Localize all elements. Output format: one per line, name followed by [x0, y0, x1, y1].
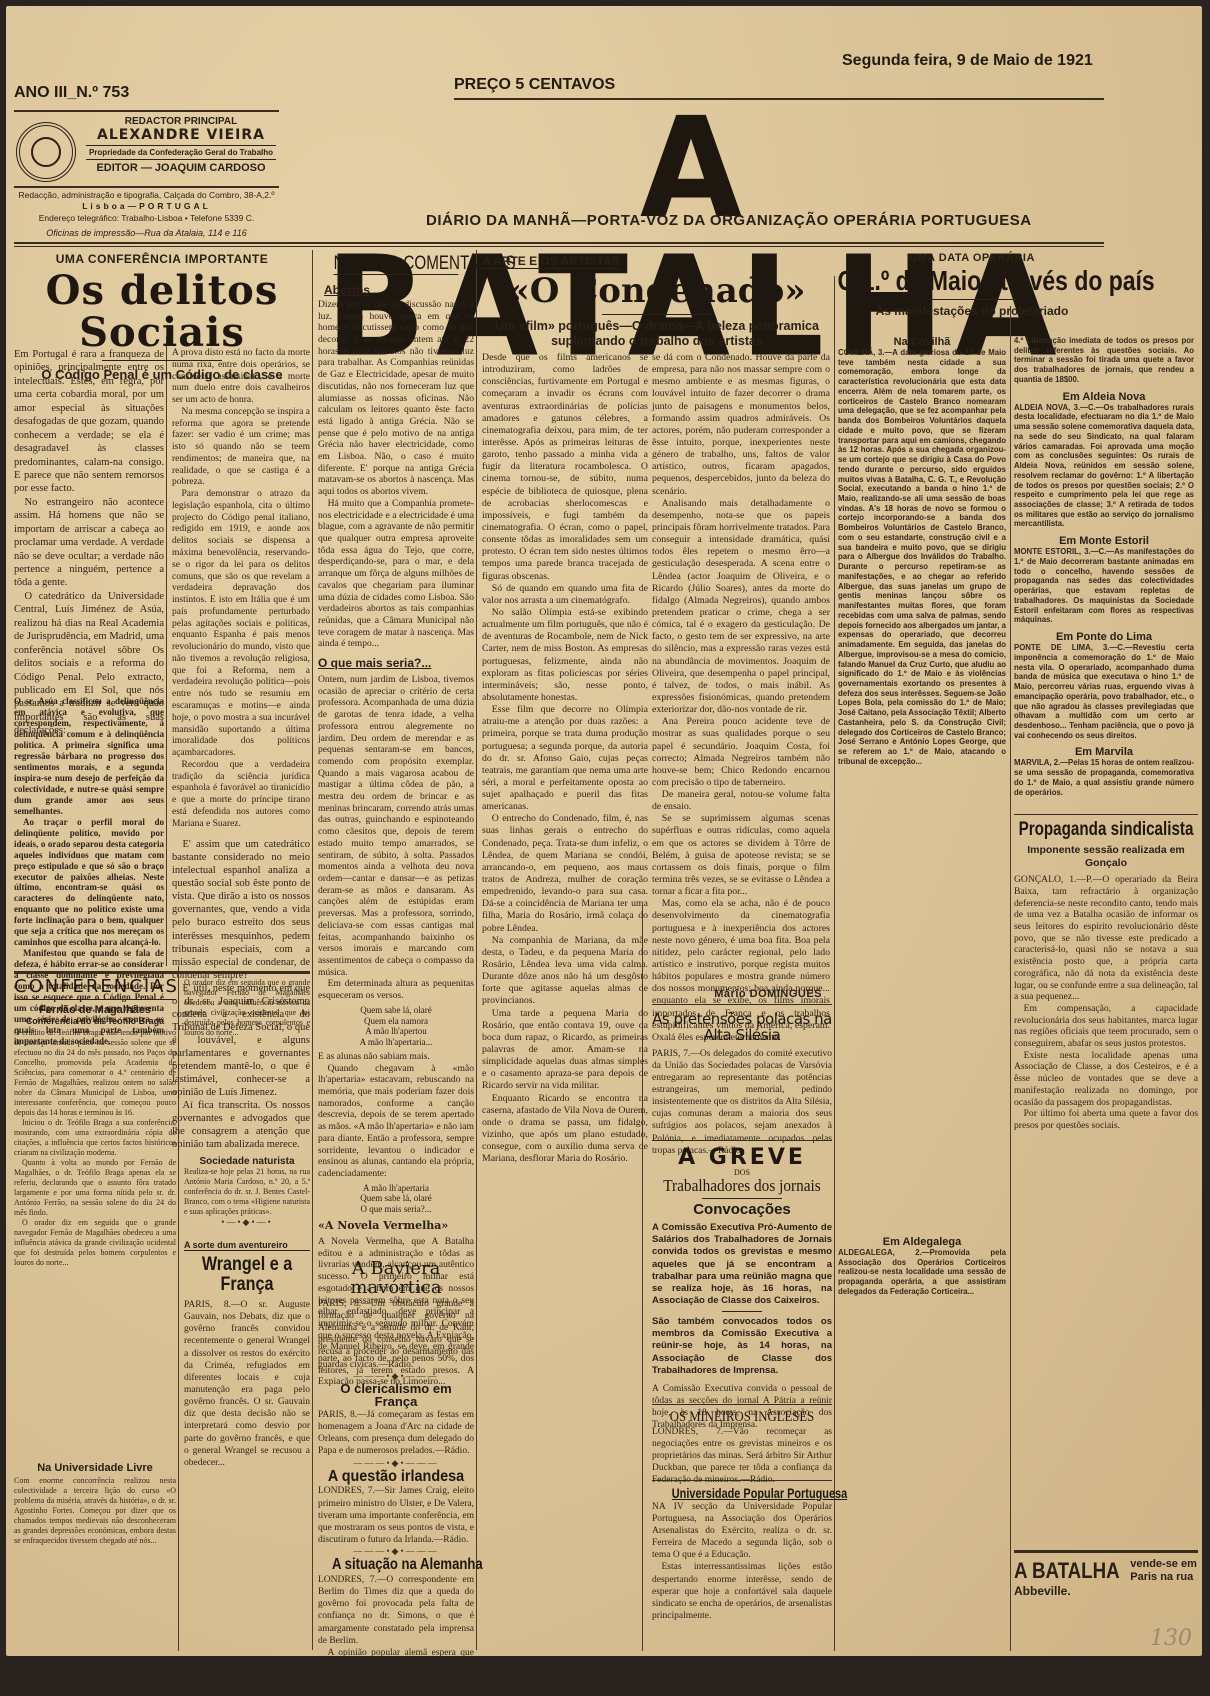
- paragraph: Dizem por aí que da discussão nasce a lu…: [318, 299, 474, 498]
- section-title: Em Aldeia Nova: [1014, 391, 1194, 403]
- body: NA IV secção da Universidade Popular Por…: [652, 1501, 832, 1623]
- verse-line: O que mais seria?...: [318, 1204, 474, 1215]
- divider: [652, 1140, 832, 1141]
- column-rule: [1010, 306, 1011, 1651]
- body: Ontem, num jardim de Lisboa, tivemos oca…: [318, 674, 474, 1002]
- paragraph: Só de quando em quando uma fita de valor…: [482, 583, 648, 607]
- headline: Sociedade naturista: [184, 1156, 310, 1167]
- headline: O clericalismo em França: [318, 1382, 474, 1409]
- subhead: Convocações: [652, 1202, 832, 1218]
- print-office-line: Oficinas de impressão—Rua da Atalaia, 11…: [14, 227, 279, 239]
- paragraph: O orador diz em seguida que o grande nav…: [14, 1218, 176, 1268]
- lead: Conferência do dr. Teófilo Braga: [14, 1016, 176, 1026]
- body: E as alunas não sabiam mais. Quando cheg…: [318, 1051, 474, 1180]
- article-universidade-livre: Na Universidade Livre Com enorme concorr…: [14, 1462, 176, 1546]
- divider: [14, 186, 279, 188]
- verse-line: A mão lh'apertaria: [318, 1183, 474, 1194]
- redactor-label: REDACTOR PRINCIPAL: [86, 116, 276, 127]
- body: Dizem por aí que da discussão nasce a lu…: [318, 299, 474, 650]
- paragraph: A opinião popular alemã espera que haver…: [318, 1647, 474, 1660]
- section-body: COVILHÃ, 3.—A data gloriosa do 1.º de Ma…: [838, 348, 1006, 767]
- divider: [652, 1404, 832, 1405]
- column-rule: [476, 250, 477, 1650]
- section-body: 4.º Libertação imediata de todos os pres…: [1014, 336, 1194, 385]
- body: LONDRES, 7.—Vão recomeçar as negociações…: [652, 1426, 832, 1487]
- article-baviera: A Baviera mavórtica PARIS, 8.—Um obstácu…: [318, 1260, 474, 1382]
- paragraph: Se se suprimissem algumas scenas supérfl…: [652, 813, 830, 898]
- section-body: ALDEGALEGA, 2.—Promovida pela Associação…: [838, 1248, 1006, 1297]
- headline: OS MINEIROS INGLESES: [666, 1410, 819, 1426]
- article-clericalismo: O clericalismo em França PARIS, 8.—Já co…: [318, 1382, 474, 1469]
- body: GONÇALO, 1.—P.—O operariado da Beira Bai…: [1014, 874, 1198, 1131]
- subhead: Fernão de Magalhães: [14, 1004, 176, 1016]
- subhead: «A Novela Vermelha»: [318, 1219, 474, 1232]
- staff-box: REDACTOR PRINCIPAL ALEXANDRE VIEIRA Prop…: [86, 116, 276, 174]
- paragraph: Na mesma concepção se inspira a reforma …: [172, 407, 310, 489]
- headline: A GREVE: [652, 1146, 832, 1169]
- maio-aldegalega: Em Aldegalega ALDEGALEGA, 2.—Promovida p…: [838, 1236, 1006, 1297]
- section-title: Na Covilhã: [838, 336, 1006, 348]
- verse-line: Quem sabe lá, olaré: [318, 1005, 474, 1016]
- newspaper-subtitle: DIÁRIO DA MANHÃ—PORTA-VOZ DA ORGANIZAÇÃO…: [426, 212, 1032, 229]
- paragraph: Recordou que a verdadeira tradição da sc…: [172, 760, 310, 831]
- headline: O 1.º de Maio através do país: [838, 266, 1107, 295]
- price: PREÇO 5 CENTAVOS: [454, 76, 615, 94]
- column-rule: [312, 250, 313, 1650]
- section-rule: [14, 971, 310, 974]
- paragraph: O orador diz em seguida que o grande nav…: [184, 978, 310, 1038]
- editor-line: EDITOR — JOAQUIM CARDOSO: [86, 162, 276, 174]
- double-rule: [1014, 1550, 1198, 1553]
- section-title: Em Ponte do Lima: [1014, 631, 1194, 643]
- paragraph: Ao traçar o perfil moral do delinqüente …: [14, 817, 164, 949]
- address-city: Lisboa—PORTUGAL: [14, 201, 279, 212]
- verse-line: A mão lh'apertaria...: [318, 1037, 474, 1048]
- property-line: Propriedade da Confederação Geral do Tra…: [86, 148, 276, 157]
- paragraph: Ontem, num jardim de Lisboa, tivemos oca…: [318, 674, 474, 978]
- divider: [652, 1480, 832, 1481]
- paragraph: Analisando mais detalhadamente o desempe…: [652, 498, 830, 717]
- headline: Os delitos Sociais: [14, 270, 310, 354]
- condenado-col2: se dá com o Condenado. Houve da parte da…: [652, 352, 830, 1044]
- paragraph: O erudito dr. Teófilo Braga, não tendo p…: [14, 1028, 176, 1118]
- paragraph: GONÇALO, 1.—P.—O operariado da Beira Bai…: [1014, 874, 1198, 1003]
- verse-line: Quem sabe lá, olaré: [318, 1193, 474, 1204]
- paragraph: Em Portugal é rara a franqueza de opiniõ…: [14, 348, 164, 496]
- article-notas-comentarios: NOTAS & COMENTARIOS Abortos Dizem por aí…: [318, 254, 474, 1388]
- section-title: Em Monte Estoril: [1014, 535, 1194, 547]
- paragraph: O entrecho do Condenado, film, é, nas su…: [482, 813, 648, 934]
- paragraph: Quando chegavam à «mão lh'apertaria» est…: [318, 1063, 474, 1180]
- section-header: NOTAS & COMENTARIOS: [334, 254, 459, 275]
- issue-number: ANO III_N.º 753: [14, 84, 129, 102]
- paragraph: São também convocados todos os membros d…: [652, 1316, 832, 1377]
- issue-date: Segunda feira, 9 de Maio de 1921: [842, 52, 1093, 70]
- headline: As pretensões polacas na Alta Silésia: [652, 1012, 832, 1044]
- paragraph: A Comissão Executiva Pró-Aumento de Salá…: [652, 1222, 832, 1307]
- paragraph: Estas interressantissimas lições estão d…: [652, 1561, 832, 1622]
- paragraph: A prova disto está no facto da morte num…: [172, 348, 310, 407]
- paragraph: No salão Olímpia está-se exibindo actual…: [482, 607, 648, 704]
- divider: [652, 1004, 832, 1005]
- masthead-bottom-rule: [14, 242, 1104, 244]
- paragraph: No estrangeiro não acontece assim. Há ho…: [14, 496, 164, 590]
- paragraph: LONDRES, 7.—O correspondente em Berlim d…: [318, 1574, 474, 1647]
- union-seal-icon: [16, 122, 76, 182]
- body: PARIS, 8.—Já começaram as festas em home…: [318, 1409, 474, 1458]
- section-body: MARVILA, 2.—Pelas 15 horas de ontem real…: [1014, 758, 1194, 797]
- kicker: UMA CONFERÊNCIA IMPORTANTE: [14, 252, 310, 266]
- article-conferencias: CONFERENCIAS Fernão de Magalhães Conferê…: [14, 978, 176, 1268]
- column-rule: [834, 276, 835, 1651]
- delitos-col1: Em Portugal é rara a franqueza de opiniõ…: [14, 348, 164, 738]
- headline: A situação na Alemanha: [332, 1557, 460, 1574]
- paragraph: Existe nesta localidade apenas uma Assoc…: [1014, 1050, 1198, 1109]
- paragraph: O sr. Asúa classificou a delinqüência em…: [14, 696, 164, 817]
- body: Com enorme concorrência realizou nesta c…: [14, 1476, 176, 1546]
- paragraph: Desde que os films americanos se introdu…: [482, 352, 648, 583]
- deck: Um «film» português—O drama—A beleza pan…: [482, 319, 832, 350]
- redactor-name: ALEXANDRE VIEIRA: [86, 127, 276, 143]
- paragraph: E as alunas não sabiam mais.: [318, 1051, 474, 1063]
- maio-col1: Na Covilhã COVILHÃ, 3.—A data gloriosa d…: [838, 336, 1006, 767]
- headline: Propaganda sindicalista: [1016, 820, 1195, 840]
- article-naturista: Sociedade naturista Realiza-se hoje pela…: [184, 1156, 310, 1228]
- ornament: •—•◆•—•: [184, 1217, 310, 1228]
- paragraph: se dá com o Condenado. Houve da parte da…: [652, 352, 830, 498]
- byline: Mário DOMINGUES: [652, 988, 822, 1000]
- article-universidade-popular: Universidade Popular Portuguesa NA IV se…: [652, 1486, 832, 1622]
- article-propaganda-sindicalista: Propaganda sindicalista Imponente sessão…: [1014, 820, 1198, 1132]
- notice-text: vende-se em Paris na rua: [1130, 1558, 1198, 1583]
- article-irlandesa: A questão irlandesa LONDRES, 7.—Sir Jame…: [318, 1469, 474, 1558]
- divider: [14, 110, 279, 112]
- body: PARIS, 8.—Um obstáculo grande à formação…: [318, 1298, 474, 1371]
- conferencias-continued: O orador diz em seguida que o grande nav…: [184, 978, 310, 1038]
- handwritten-page-number: 130: [1150, 1626, 1192, 1651]
- article-silesia: As pretensões polacas na Alta Silésia PA…: [652, 1012, 832, 1157]
- headline: Trabalhadores dos jornais: [661, 1177, 823, 1195]
- notice-street: Abbeville.: [1014, 1584, 1198, 1598]
- paragraph: Quanto à volta ao mundo por Fernão de Ma…: [14, 1158, 176, 1218]
- article-o-condenado: A ARTE E OS ARTISTAS «O Condenado» Um «f…: [482, 252, 832, 350]
- subhead: O que mais seria?...: [318, 656, 474, 670]
- paragraph: Para demonstrar o atrazo da legislação e…: [172, 489, 310, 760]
- short-news-column: A Baviera mavórtica PARIS, 8.—Um obstácu…: [318, 1260, 474, 1660]
- section-body: MONTE ESTORIL, 3.—C.—As manifestações do…: [1014, 547, 1194, 625]
- section-title: Em Aldegalega: [838, 1236, 1006, 1248]
- subhead: Abortos: [324, 283, 474, 297]
- section-header: CONFERENCIAS: [14, 978, 176, 1000]
- section-title: Em Marvila: [1014, 746, 1194, 758]
- maio-col2: 4.º Libertação imediata de todos os pres…: [1014, 336, 1194, 797]
- paragraph: Iniciou o dr. Teófilo Braga a sua confer…: [14, 1118, 176, 1158]
- headline: Wrangel e a França: [193, 1255, 300, 1295]
- paragraph: Ana Pereira pouco acidente teve de mostr…: [652, 716, 830, 789]
- condenado-col1: Desde que os films americanos se introdu…: [482, 352, 648, 1165]
- paris-sales-notice: A BATALHA vende-se em Paris na rua Abbev…: [1014, 1558, 1198, 1598]
- address-line: Redacção, administração e tipografia, Ca…: [14, 190, 279, 201]
- verse-line: Quem ela namora: [318, 1016, 474, 1027]
- body: LONDRES, 7.—O correspondente em Berlim d…: [318, 1574, 474, 1660]
- divider: [1014, 814, 1198, 815]
- masthead-bottom-rule: [14, 246, 1104, 247]
- verse: Quem sabe lá, olaré Quem ela namora A mã…: [318, 1005, 474, 1048]
- address-block: Redacção, administração e tipografia, Ca…: [14, 190, 279, 240]
- paragraph: Em compensação, a capacidade revolucioná…: [1014, 1003, 1198, 1050]
- section-body: ALDEIA NOVA, 3.—C.—Os trabalhadores rura…: [1014, 403, 1194, 530]
- body: Realiza-se hoje pelas 21 horas, na rua A…: [184, 1167, 310, 1217]
- article-mineiros: OS MINEIROS INGLESES LONDRES, 7.—Vão rec…: [652, 1410, 832, 1487]
- headline: A questão irlandesa: [326, 1469, 466, 1486]
- section-body: PONTE DE LIMA, 3.—C.—Revestiu certa impo…: [1014, 643, 1194, 740]
- subhead: Na Universidade Livre: [14, 1462, 176, 1474]
- headline: «O Condenado»: [482, 274, 832, 310]
- body: LONDRES, 7.—Sir James Craig, eleito prim…: [318, 1485, 474, 1546]
- paragraph: E' assim que um catedrático bastante con…: [172, 838, 310, 981]
- headline: Universidade Popular Portuguesa: [672, 1486, 812, 1501]
- paragraph: Na companhia de Mariana, da mãe desta, o…: [482, 935, 648, 1008]
- paragraph: Esse film que decorre no Olímpia atraiu-…: [482, 704, 648, 813]
- paragraph: Uma tarde a pequena Maria do Rosário, qu…: [482, 1008, 648, 1093]
- article-greve: A GREVE DOS Trabalhadores dos jornais Co…: [652, 1146, 832, 1432]
- kicker: A ARTE E OS ARTISTAS: [482, 254, 620, 269]
- paragraph: Por último foi aberta uma quete a favor …: [1014, 1108, 1198, 1131]
- deck: Imponente sessão realizada em Gonçalo: [1014, 844, 1198, 870]
- paragraph: Em determinada altura as pequenitas esqu…: [318, 978, 474, 1001]
- paragraph: Aí fica transcrita. Os nossos governante…: [172, 1099, 310, 1151]
- body: PARIS, 8.—O sr. Auguste Gauvain, nos Deb…: [184, 1299, 310, 1469]
- article-primeiro-de-maio: UMA DATA OPERÁRIA O 1.º de Maio através …: [838, 252, 1106, 319]
- article-wrangel: A sorte dum aventureiro Wrangel e a Fran…: [184, 1240, 310, 1469]
- paragraph: De maneira geral, notou-se volume falta …: [652, 789, 830, 813]
- paragraph: NA IV secção da Universidade Popular Por…: [652, 1501, 832, 1562]
- column-rule: [166, 336, 167, 966]
- brand-name: A BATALHA: [1014, 1558, 1120, 1584]
- deck: As manifestações do proletariado: [838, 304, 1106, 319]
- telegraph-line: Endereço telegráfico: Trabalho-Lisboa • …: [14, 213, 279, 224]
- verse: A mão lh'apertaria Quem sabe lá, olaré O…: [318, 1183, 474, 1215]
- article-alemanha: A situação na Alemanha LONDRES, 7.—O cor…: [318, 1557, 474, 1660]
- kicker: A sorte dum aventureiro: [184, 1240, 310, 1251]
- body: O erudito dr. Teófilo Braga, não tendo p…: [14, 1028, 176, 1268]
- paragraph: Enquanto Ricardo se encontra na caserna,…: [482, 1093, 648, 1166]
- newspaper-page: ANO III_N.º 753 PREÇO 5 CENTAVOS Segunda…: [6, 6, 1202, 1656]
- kicker: UMA DATA OPERÁRIA: [838, 252, 1106, 264]
- verse-line: A mão lh'apertou: [318, 1026, 474, 1037]
- headline: A Baviera mavórtica: [318, 1260, 474, 1298]
- paragraph: Há muito que a Companhia promete-nos ele…: [318, 498, 474, 650]
